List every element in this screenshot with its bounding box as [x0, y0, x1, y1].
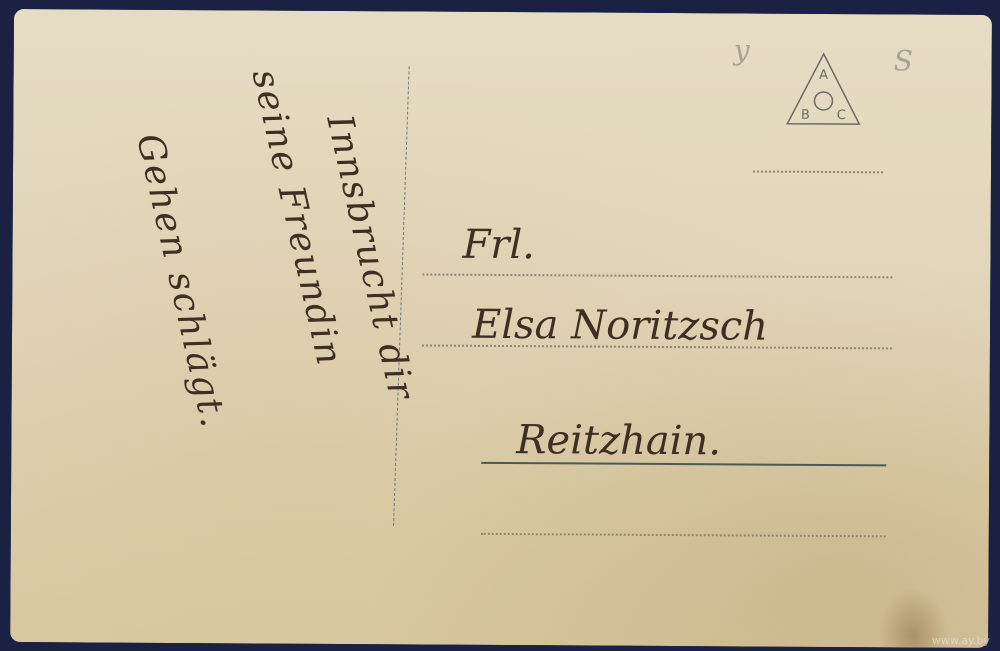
svg-text:B: B	[801, 108, 810, 123]
address-line	[422, 273, 892, 278]
pencil-mark: y	[734, 33, 750, 66]
address-name: Elsa Noritzsch	[472, 302, 768, 350]
triangle-monogram-icon: A B C	[781, 49, 865, 130]
address-line	[753, 171, 883, 174]
address-line	[481, 533, 886, 537]
svg-text:C: C	[837, 108, 846, 123]
pencil-mark: S	[894, 44, 913, 77]
message-line-2: seine Freundin	[244, 66, 350, 370]
address-salutation: Frl.	[462, 222, 535, 268]
message-line-3: Gehen schlägt.	[128, 130, 234, 433]
address-town: Reitzhain.	[516, 417, 721, 464]
postcard-back: A B C y S Innsbrucht dir seine Freundin …	[10, 9, 992, 648]
watermark: www.ay.by	[932, 634, 990, 647]
svg-text:A: A	[819, 68, 828, 83]
